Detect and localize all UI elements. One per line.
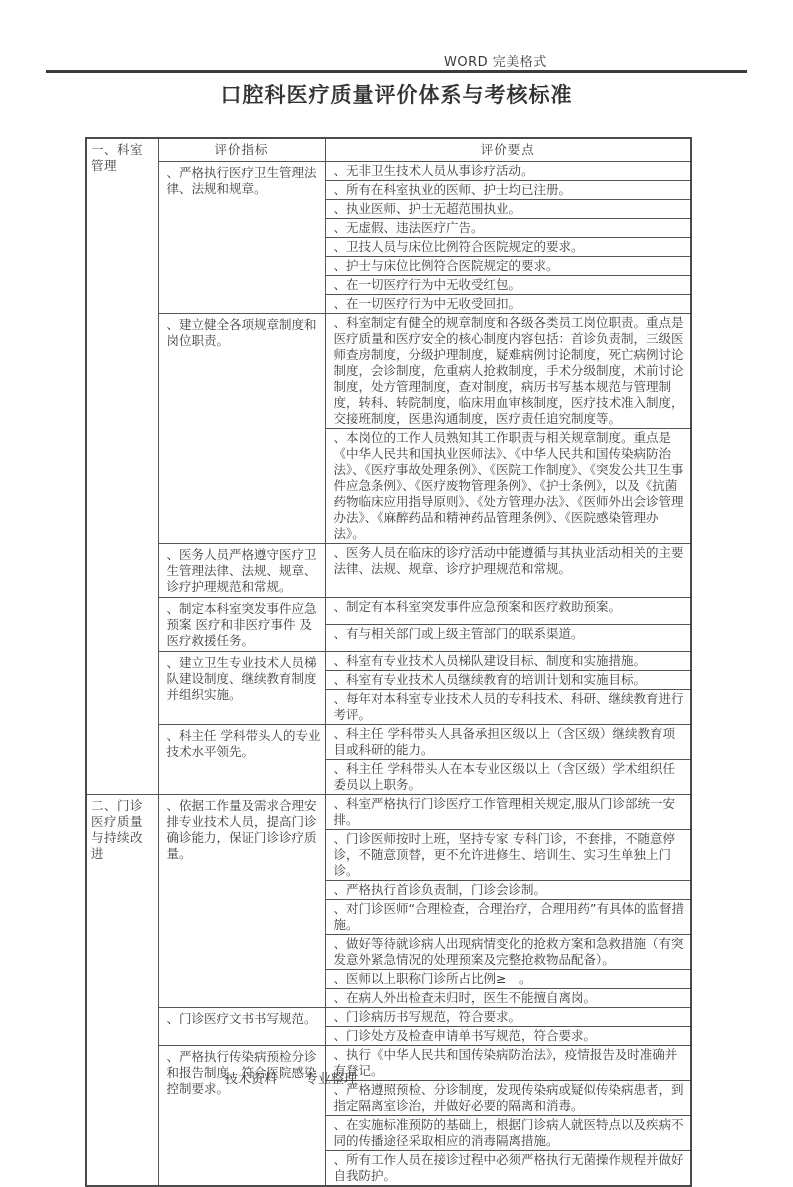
point-cell: 、科室严格执行门诊医疗工作管理相关规定,服从门诊部统一安排。	[325, 795, 691, 830]
table-row: 、科主任 学科带头人的专业技术水平领先。、科主任 学科带头人具备承担区级以上（含…	[86, 725, 691, 760]
point-cell: 、有与相关部门或上级主管部门的联系渠道。	[325, 625, 691, 652]
table-row: 、严格执行医疗卫生管理法律、法规和规章。、无非卫生技术人员从事诊疗活动。	[86, 162, 691, 181]
indicator-cell: 、严格执行医疗卫生管理法律、法规和规章。	[158, 162, 325, 314]
point-cell: 、科主任 学科带头人具备承担区级以上（含区级）继续教育项目或科研的能力。	[325, 725, 691, 760]
point-cell: 、门诊病历书写规范，符合要求。	[325, 1008, 691, 1027]
table-row: 、建立健全各项规章制度和岗位职责。、科室制定有健全的规章制度和各级各类员工岗位职…	[86, 314, 691, 429]
point-cell: 、医务人员在临床的诊疗活动中能遵循与其执业活动相关的主要法律、法规、规章、诊疗护…	[325, 544, 691, 598]
point-cell: 、科室有专业技术人员继续教育的培训计划和实施目标。	[325, 671, 691, 690]
point-cell: 、对门诊医师“合理检查，合理治疗，合理用药”有具体的监督措施。	[325, 900, 691, 935]
footer-right-label: 专业整理	[305, 1068, 357, 1087]
point-cell: 、执业医师、护士无超范围执业。	[325, 200, 691, 219]
indicator-cell: 、门诊医疗文书书写规范。	[158, 1008, 325, 1046]
point-cell: 、严格遵照预检、分诊制度，发现传染病或疑似传染病患者，到指定隔离室诊治，并做好必…	[325, 1081, 691, 1116]
indicator-cell: 、建立健全各项规章制度和岗位职责。	[158, 314, 325, 544]
point-cell: 、无虚假、违法医疗广告。	[325, 219, 691, 238]
point-cell: 、科室制定有健全的规章制度和各级各类员工岗位职责。重点是医疗质量和医疗安全的核心…	[325, 314, 691, 429]
category-cell: 二、门诊医疗质量与持续改进	[86, 795, 158, 1187]
indicator-cell: 、依据工作量及需求合理安排专业技术人员，提高门诊确诊能力，保证门诊诊疗质量。	[158, 795, 325, 1008]
header-divider	[46, 70, 747, 73]
table-row: 、严格执行传染病预检分诊和报告制度，符合医院感染控制要求。、执行《中华人民共和国…	[86, 1046, 691, 1081]
point-cell: 、所有工作人员在接诊过程中必须严格执行无菌操作规程并做好自我防护。	[325, 1151, 691, 1187]
point-cell: 、做好等待就诊病人出现病情变化的抢救方案和急救措施（有突发意外紧急情况的处理预案…	[325, 935, 691, 970]
point-cell: 、医师以上职称门诊所占比例≥ 。	[325, 970, 691, 989]
evaluation-table-container: 一、科室管理评价指标评价要点、严格执行医疗卫生管理法律、法规和规章。、无非卫生技…	[85, 137, 692, 1187]
page-footer: 技术资料 专业整理	[225, 1068, 357, 1087]
evaluation-table: 一、科室管理评价指标评价要点、严格执行医疗卫生管理法律、法规和规章。、无非卫生技…	[85, 137, 692, 1187]
point-cell: 、门诊医师按时上班，坚持专家 专科门诊，不套排，不随意停诊，不随意顶替，更不允许…	[325, 830, 691, 881]
indicator-cell: 、科主任 学科带头人的专业技术水平领先。	[158, 725, 325, 795]
point-cell: 、在一切医疗行为中无收受红包。	[325, 276, 691, 295]
indicator-cell: 、医务人员严格遵守医疗卫生管理法律、法规、规章、诊疗护理规范和常规。	[158, 544, 325, 598]
point-cell: 、制定有本科室突发事件应急预案和医疗救助预案。	[325, 598, 691, 625]
point-cell: 、严格执行首诊负责制，门诊会诊制。	[325, 881, 691, 900]
page-title: 口腔科医疗质量评价体系与考核标准	[0, 79, 793, 109]
indicator-cell: 、建立卫生专业技术人员梯队建设制度、继续教育制度并组织实施。	[158, 652, 325, 725]
indicator-cell: 、制定本科室突发事件应急预案 医疗和非医疗事件 及医疗救援任务。	[158, 598, 325, 652]
table-row: 、制定本科室突发事件应急预案 医疗和非医疗事件 及医疗救援任务。、制定有本科室突…	[86, 598, 691, 625]
footer-left-label: 技术资料	[225, 1068, 277, 1087]
table-row: 、门诊医疗文书书写规范。、门诊病历书写规范，符合要求。	[86, 1008, 691, 1027]
category-cell: 一、科室管理	[86, 138, 158, 795]
table-row: 、建立卫生专业技术人员梯队建设制度、继续教育制度并组织实施。、科室有专业技术人员…	[86, 652, 691, 671]
table-row: 、医务人员严格遵守医疗卫生管理法律、法规、规章、诊疗护理规范和常规。、医务人员在…	[86, 544, 691, 598]
point-cell: 、每年对本科室专业技术人员的专科技术、科研、继续教育进行考评。	[325, 690, 691, 725]
point-cell: 、科室有专业技术人员梯队建设目标、制度和实施措施。	[325, 652, 691, 671]
point-cell: 、所有在科室执业的医师、护士均已注册。	[325, 181, 691, 200]
point-cell: 、在实施标准预防的基础上，根据门诊病人就医特点以及疾病不同的传播途径采取相应的消…	[325, 1116, 691, 1151]
point-cell: 、科主任 学科带头人在本专业区级以上（含区级）学术组织任委员以上职务。	[325, 760, 691, 795]
point-cell: 、护士与床位比例符合医院规定的要求。	[325, 257, 691, 276]
point-cell: 、门诊处方及检查申请单书写规范，符合要求。	[325, 1027, 691, 1046]
point-cell: 、在病人外出检查未归时，医生不能擅自离岗。	[325, 989, 691, 1008]
point-cell: 、本岗位的工作人员熟知其工作职责与相关规章制度。重点是《中华人民共和国执业医师法…	[325, 429, 691, 544]
table-row: 二、门诊医疗质量与持续改进、依据工作量及需求合理安排专业技术人员，提高门诊确诊能…	[86, 795, 691, 830]
indicator-cell: 、严格执行传染病预检分诊和报告制度，符合医院感染控制要求。	[158, 1046, 325, 1187]
point-cell: 、无非卫生技术人员从事诊疗活动。	[325, 162, 691, 181]
word-watermark: WORD 完美格式	[444, 51, 547, 70]
column-header: 评价要点	[325, 138, 691, 162]
column-header: 评价指标	[158, 138, 325, 162]
header-row: 一、科室管理评价指标评价要点	[86, 138, 691, 162]
document-page: { "header": { "watermark": "WORD 完美格式" }…	[0, 0, 793, 1122]
evaluation-table-body: 一、科室管理评价指标评价要点、严格执行医疗卫生管理法律、法规和规章。、无非卫生技…	[86, 138, 691, 1186]
point-cell: 、在一切医疗行为中无收受回扣。	[325, 295, 691, 314]
point-cell: 、卫技人员与床位比例符合医院规定的要求。	[325, 238, 691, 257]
point-cell: 、执行《中华人民共和国传染病防治法》，疫情报告及时准确并有登记。	[325, 1046, 691, 1081]
